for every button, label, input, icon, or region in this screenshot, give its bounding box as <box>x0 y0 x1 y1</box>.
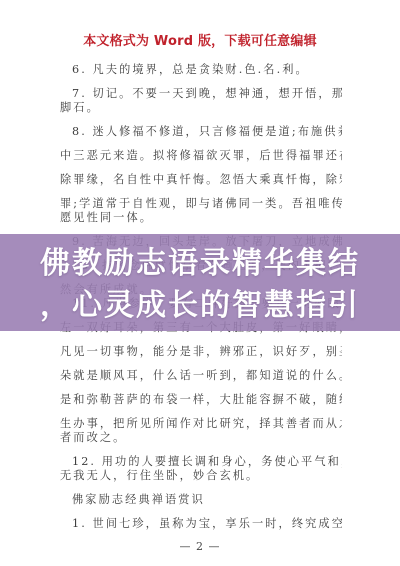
document-line: 12. 用功的人要擅长调和身心，务使心平气和，无挂无碍， <box>72 455 342 469</box>
overlay-title-line-1: 佛教励志语录精华集结 <box>0 246 400 282</box>
document-line: 佛家励志经典禅语赏识 <box>72 493 342 507</box>
document-line: 脚石。 <box>60 101 342 115</box>
document-line: 8. 迷人修福不修道，只言修福便是道;布施供养福无边，心 <box>72 125 342 139</box>
document-line: 凡见一切事物，能分是非，辨邪正，识好歹，别圣凡。好耳 <box>60 345 342 359</box>
document-line: 罪;学道常于自性观，即与诸佛同一类。吾祖唯传此顿法，普 <box>60 197 342 211</box>
document-line: 中三恶元来造。拟将修福欲灭罪，后世得福罪还在;但向心中 <box>60 149 342 163</box>
document-line: 愿见性同一体。 <box>60 211 342 225</box>
word-format-notice: 本文格式为 Word 版，下载可任意编辑 <box>0 30 400 49</box>
document-line: 6. 凡夫的境界，总是贪染财.色.名.利。 <box>72 63 342 77</box>
document-line: 1. 世间七珍，虽称为宝，享乐一时，终究成空，只能养生， <box>72 517 342 531</box>
document-line: 是和弥勒菩萨的布袋一样，大肚能容摒不破，随缘应机，化 <box>60 393 342 407</box>
document-line: 生办事，把所见所闻作对比研究，择其善者而从之，其不善 <box>60 417 342 431</box>
page-number: — 2 — <box>0 540 400 553</box>
document-line: 无我无人，行住坐卧，妙合玄机。 <box>60 469 342 483</box>
document-line: 除罪缘，名自性中真忏悔。忽悟大乘真忏悔，除邪行正即无 <box>60 173 342 187</box>
document-line: 朵就是顺风耳，什么话一听到，都知道说的什么。好肚皮就 <box>60 369 342 383</box>
document-line: 者而改之。 <box>60 431 342 445</box>
overlay-title-line-2: ，心灵成长的智慧指引 <box>0 288 400 324</box>
document-line: 7. 切记。不要一天到晚，想神通，想开悟，那是修道的绊 <box>72 87 342 101</box>
